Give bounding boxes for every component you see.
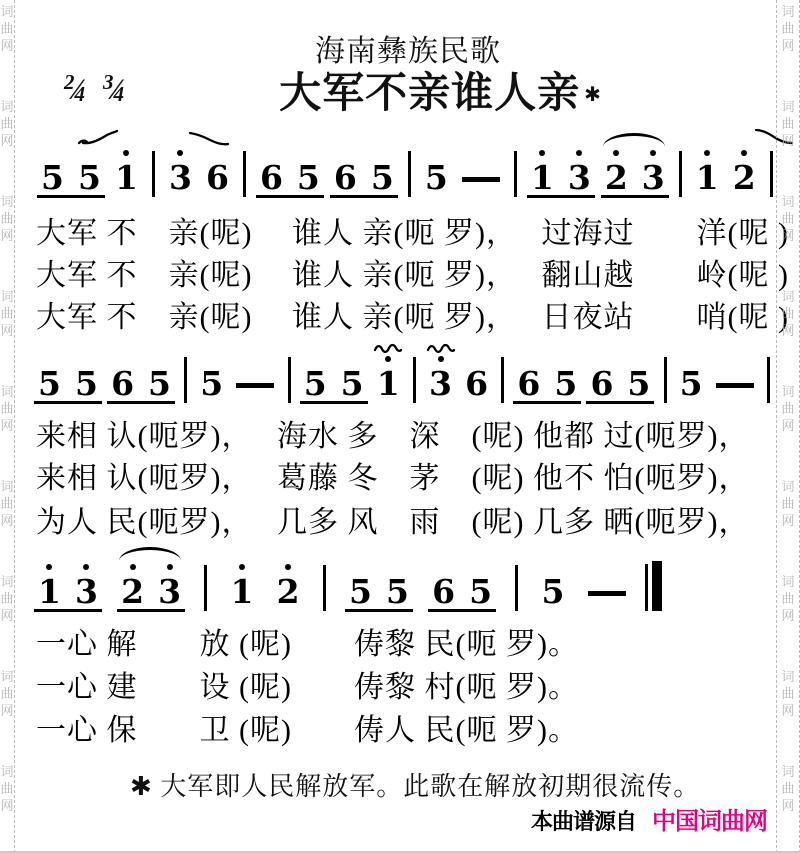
octave-dot	[123, 150, 129, 156]
watermark-text: 网	[0, 417, 14, 434]
note-digit: 3	[568, 162, 591, 194]
note-digit: 6	[590, 368, 613, 400]
watermark-text: 网	[0, 132, 14, 149]
watermark-text: 网	[0, 702, 14, 719]
final-bar-thin-line	[645, 564, 648, 611]
note-group: 65	[428, 576, 496, 612]
note-digit: 5	[304, 368, 327, 400]
note-digit: 1	[230, 576, 253, 608]
note-group: 23	[117, 576, 185, 612]
note-group: 55	[34, 368, 102, 404]
watermark-text: 曲	[0, 685, 14, 702]
watermark-text: 词	[0, 98, 14, 115]
time-sig-numerator: 3	[103, 70, 114, 94]
lyric-line: 大军 不 亲(呢) 谁人 亲(呃 罗)， 翻山越 岭(呢 )	[36, 259, 789, 293]
watermark-text: 网	[777, 227, 799, 244]
watermark-text: 词	[777, 763, 799, 780]
watermark-text: 词	[777, 193, 799, 210]
note-group: 5	[538, 576, 569, 612]
watermark-group: 词曲网	[777, 478, 799, 529]
octave-dot	[539, 150, 545, 156]
note-digit: 2	[605, 162, 628, 194]
slide-down-ornament	[188, 130, 230, 148]
watermark-text: 曲	[777, 115, 799, 132]
dash-note: —	[588, 591, 626, 596]
note-group: 55	[37, 162, 105, 198]
time-sig-numerator: 2	[64, 70, 75, 94]
watermark-text: 曲	[0, 305, 14, 322]
octave-dot	[167, 564, 173, 570]
watermark-text: 网	[0, 322, 14, 339]
barline	[408, 151, 411, 197]
note-digit: 3	[642, 162, 665, 194]
note-digit: 5	[200, 368, 223, 400]
final-bar-thick-line	[652, 561, 662, 611]
note-group: 1	[692, 162, 723, 198]
barline	[288, 357, 291, 403]
note-digit: 5	[341, 368, 364, 400]
dash-note: —	[716, 383, 754, 388]
wave-ornament	[373, 342, 403, 354]
watermark-text: 网	[777, 607, 799, 624]
note-digit: 1	[531, 162, 554, 194]
time-sig-denominator: 4	[114, 82, 125, 106]
note-digit: 2	[121, 576, 144, 608]
note-digit: 5	[349, 576, 372, 608]
watermark-text: 网	[0, 227, 14, 244]
watermark-group: 词曲网	[777, 383, 799, 434]
source-prefix-label: 本曲谱源自	[531, 805, 636, 836]
watermark-text: 网	[0, 607, 14, 624]
octave-dot	[385, 356, 391, 362]
watermark-text: 词	[0, 193, 14, 210]
note-digit: 5	[542, 576, 565, 608]
watermark-group: 词曲网	[0, 573, 14, 624]
note-group: 23	[601, 162, 669, 198]
barline	[664, 357, 667, 403]
watermark-text: 词	[0, 3, 14, 20]
note-digit: 5	[386, 576, 409, 608]
watermark-text: 曲	[0, 780, 14, 797]
note-digit: 6	[432, 576, 455, 608]
footnote-asterisk-mark: ✱	[584, 82, 601, 106]
octave-dot	[704, 150, 710, 156]
music-line: 55655—5513665655—	[34, 360, 774, 404]
watermark-text: 网	[777, 417, 799, 434]
watermark-text: 曲	[0, 115, 14, 132]
note-digit: 6	[260, 162, 283, 194]
note-digit: 6	[334, 162, 357, 194]
watermark-group: 词曲网	[0, 3, 14, 54]
note-group: 5	[421, 162, 452, 198]
watermark-group: 词曲网	[0, 763, 14, 814]
watermark-text: 词	[0, 383, 14, 400]
watermark-text: 曲	[777, 590, 799, 607]
watermark-text: 曲	[0, 20, 14, 37]
note-group: 3	[165, 162, 196, 198]
octave-dot	[285, 564, 291, 570]
octave-dot	[650, 150, 656, 156]
note-digit: 5	[469, 576, 492, 608]
watermark-text: 词	[0, 288, 14, 305]
watermark-text: 词	[0, 668, 14, 685]
note-digit: 5	[627, 368, 650, 400]
watermark-text: 曲	[777, 495, 799, 512]
slur	[119, 547, 181, 561]
watermark-text: 词	[0, 478, 14, 495]
lyric-line: 大军 不 亲(呢) 谁人 亲(呃 罗)， 过海过 洋(呢 )	[36, 217, 789, 251]
watermark-group: 词曲网	[0, 193, 14, 244]
footnote-text: ✱ 大军即人民解放军。此歌在解放初期很流传。	[130, 766, 700, 803]
note-digit: 5	[78, 162, 101, 194]
watermark-group: 词曲网	[777, 573, 799, 624]
watermark-text: 词	[777, 383, 799, 400]
watermark-group: 词曲网	[0, 478, 14, 529]
note-group: 2	[273, 576, 304, 612]
note-group: 3	[425, 368, 456, 404]
note-digit: 5	[680, 368, 703, 400]
octave-dot	[130, 564, 136, 570]
watermark-group: 词曲网	[777, 193, 799, 244]
watermark-text: 词	[777, 3, 799, 20]
sheet-music-page: 词曲网词曲网词曲网词曲网词曲网词曲网词曲网词曲网词曲网 词曲网词曲网词曲网词曲网…	[0, 0, 800, 853]
note-digit: 5	[38, 368, 61, 400]
watermark-text: 曲	[777, 780, 799, 797]
note-digit: 6	[465, 368, 488, 400]
note-digit: 6	[111, 368, 134, 400]
barline	[243, 151, 246, 197]
note-digit: 3	[429, 368, 452, 400]
note-digit: 5	[554, 368, 577, 400]
watermark-text: 网	[777, 512, 799, 529]
watermark-text: 词	[777, 573, 799, 590]
time-signature: 2⁄4	[64, 86, 85, 103]
title-row: 大军不亲谁人亲✱	[40, 60, 800, 120]
octave-dot	[239, 564, 245, 570]
slur	[603, 133, 665, 147]
note-digit: 1	[115, 162, 138, 194]
note-group: 65	[330, 162, 398, 198]
watermark-text: 网	[777, 132, 799, 149]
watermark-text: 词	[777, 98, 799, 115]
note-group: 5	[676, 368, 707, 404]
lyric-line: 为人 民(呃罗)， 几多 风 雨 (呢) 几多 晒(呃罗)，	[36, 506, 749, 540]
watermark-text: 词	[777, 668, 799, 685]
barline	[152, 151, 155, 197]
barline	[679, 151, 682, 197]
octave-dot	[438, 356, 444, 362]
slide-up-ornament	[77, 128, 119, 146]
note-group: —	[458, 177, 504, 198]
watermark-group: 词曲网	[777, 668, 799, 719]
source-site-name: 中国词曲网	[652, 801, 767, 836]
time-signature: 3⁄4	[103, 86, 124, 103]
note-digit: 3	[158, 576, 181, 608]
wave-ornament	[426, 342, 456, 354]
barline	[184, 357, 187, 403]
watermark-text: 曲	[0, 495, 14, 512]
watermark-text: 网	[777, 37, 799, 54]
octave-dot	[613, 150, 619, 156]
barline	[204, 565, 207, 611]
note-digit: 1	[696, 162, 719, 194]
watermark-text: 网	[777, 797, 799, 814]
watermark-group: 词曲网	[777, 288, 799, 339]
watermark-text: 网	[777, 322, 799, 339]
watermark-group: 词曲网	[0, 288, 14, 339]
watermark-text: 网	[0, 512, 14, 529]
lyric-line: 一心 解 放 (呢) 俦黎 民(呃 罗)。	[36, 628, 579, 662]
note-group: 65	[586, 368, 654, 404]
note-group: 55	[300, 368, 368, 404]
watermark-text: 网	[0, 37, 14, 54]
note-digit: 2	[733, 162, 756, 194]
octave-dot	[83, 564, 89, 570]
watermark-text: 曲	[777, 305, 799, 322]
barline	[501, 357, 504, 403]
watermark-text: 曲	[777, 400, 799, 417]
dash-note: —	[462, 177, 500, 182]
watermark-text: 曲	[0, 210, 14, 227]
lyric-line: 一心 保 卫 (呢) 俦人 民(呃 罗)。	[36, 714, 579, 748]
note-group: 65	[107, 368, 175, 404]
watermark-group: 词曲网	[0, 98, 14, 149]
note-digit: 3	[75, 576, 98, 608]
note-group: 65	[256, 162, 324, 198]
note-group: 6	[202, 162, 233, 198]
watermark-text: 曲	[777, 210, 799, 227]
lyric-line: 来相 认(呃罗)， 海水 多 深 (呢) 他都 过(呃罗)，	[36, 420, 749, 454]
watermark-text: 曲	[777, 685, 799, 702]
lyric-line: 一心 建 设 (呢) 俦黎 村(呃 罗)。	[36, 671, 579, 705]
barline	[767, 357, 770, 403]
watermark-column: 词曲网词曲网词曲网词曲网词曲网词曲网词曲网词曲网词曲网	[776, 0, 800, 853]
note-group: 13	[34, 576, 102, 612]
watermark-group: 词曲网	[0, 383, 14, 434]
note-group: 1	[111, 162, 142, 198]
music-line: 5513665655—132312	[37, 154, 777, 198]
watermark-text: 网	[777, 702, 799, 719]
barline	[514, 151, 517, 197]
note-digit: 5	[297, 162, 320, 194]
octave-dot	[576, 150, 582, 156]
watermark-group: 词曲网	[777, 763, 799, 814]
watermark-text: 网	[0, 797, 14, 814]
note-digit: 5	[371, 162, 394, 194]
note-digit: 5	[148, 368, 171, 400]
watermark-text: 词	[0, 763, 14, 780]
dash-note: —	[236, 383, 274, 388]
lyric-line: 大军 不 亲(呢) 谁人 亲(呃 罗)， 日夜站 哨(呢 )	[36, 301, 789, 335]
note-group: 2	[729, 162, 760, 198]
barline	[323, 565, 326, 611]
source-credit-row: 本曲谱源自 中国词曲网	[531, 801, 767, 836]
note-digit: 5	[75, 368, 98, 400]
time-sig-denominator: 4	[75, 82, 86, 106]
note-digit: 2	[277, 576, 300, 608]
watermark-text: 词	[0, 573, 14, 590]
watermark-column: 词曲网词曲网词曲网词曲网词曲网词曲网词曲网词曲网词曲网	[0, 0, 15, 853]
watermark-text: 词	[777, 288, 799, 305]
time-signatures: 2⁄4 3⁄4	[64, 70, 138, 107]
note-digit: 6	[206, 162, 229, 194]
note-group: 13	[527, 162, 595, 198]
note-group: 55	[345, 576, 413, 612]
note-group: 5	[196, 368, 227, 404]
barline	[413, 357, 416, 403]
lyric-line: 来相 认(呃罗)， 葛藤 冬 茅 (呢) 他不 怕(呃罗)，	[36, 462, 749, 496]
note-group: —	[584, 591, 630, 612]
watermark-group: 词曲网	[777, 3, 799, 54]
octave-dot	[46, 564, 52, 570]
barline	[770, 151, 773, 197]
final-barline	[645, 561, 662, 611]
note-group: —	[712, 383, 758, 404]
note-digit: 1	[38, 576, 61, 608]
note-digit: 5	[41, 162, 64, 194]
watermark-text: 词	[777, 478, 799, 495]
watermark-text: 曲	[0, 590, 14, 607]
octave-dot	[741, 150, 747, 156]
note-digit: 1	[377, 368, 400, 400]
song-title: 大军不亲谁人亲	[279, 69, 580, 116]
note-group: —	[232, 383, 278, 404]
watermark-text: 曲	[0, 400, 14, 417]
note-digit: 3	[169, 162, 192, 194]
watermark-group: 词曲网	[777, 98, 799, 149]
note-digit: 6	[517, 368, 540, 400]
octave-dot	[177, 150, 183, 156]
barline	[515, 565, 518, 611]
note-group: 6	[461, 368, 492, 404]
watermark-group: 词曲网	[0, 668, 14, 719]
note-group: 65	[513, 368, 581, 404]
note-digit: 5	[425, 162, 448, 194]
note-group: 1	[373, 368, 404, 404]
note-group: 1	[226, 576, 257, 612]
music-line: 13231255655—	[34, 568, 662, 612]
watermark-text: 曲	[777, 20, 799, 37]
